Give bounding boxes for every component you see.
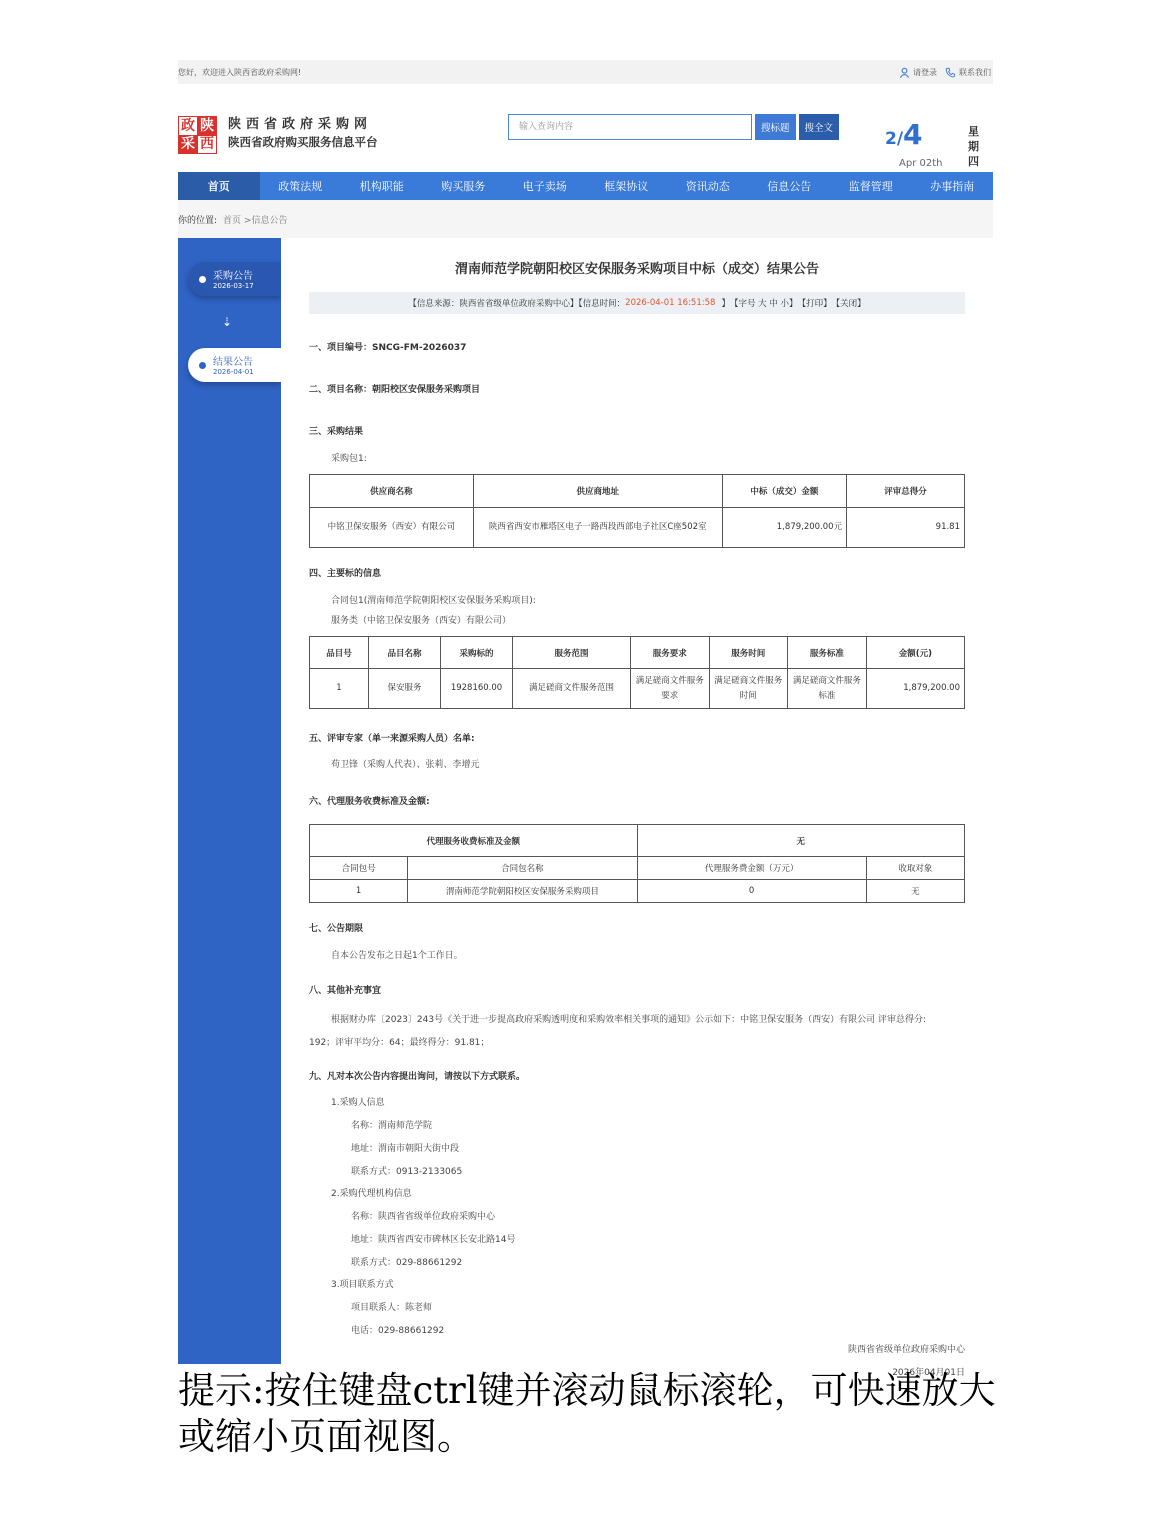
package-label: 采购包1:: [309, 451, 965, 464]
table-header: 品目号: [310, 637, 369, 669]
nav-item[interactable]: 电子卖场: [504, 172, 586, 200]
table-cell: 渭南师范学院朝阳校区安保服务采购项目: [408, 880, 637, 903]
meta-time-suffix: 】: [721, 297, 730, 309]
content-area: 采购公告 2026-03-17 ⇣ 结果公告 2026-04-01 渭南师范学院…: [178, 238, 993, 1364]
logo-char: 政: [179, 117, 197, 135]
section-notice-period: 七、公告期限: [309, 921, 965, 934]
weekday: 星期四: [968, 124, 980, 169]
table-header: 中标（成交）金额: [722, 475, 846, 508]
table-cell: 代理服务费金额（万元）: [637, 857, 866, 880]
site-title: 陕西省政府采购网: [228, 113, 372, 132]
project-contact-person: 项目联系人：陈老师: [309, 1300, 965, 1313]
other-text-line1: 根据财办库〔2023〕243号《关于进一步提高政府采购透明度和采购效率相关事项的…: [309, 1012, 965, 1025]
article-title: 渭南师范学院朝阳校区安保服务采购项目中标（成交）结果公告: [309, 258, 965, 276]
table-cell: 1,879,200.00元: [722, 508, 846, 548]
nav-item[interactable]: 资讯动态: [667, 172, 749, 200]
table-header: 品目名称: [368, 637, 440, 669]
project-contact-title: 3.项目联系方式: [309, 1277, 965, 1290]
meta-time: 2026-04-01 16:51:58: [625, 298, 715, 308]
table-cell: 收取对象: [866, 857, 964, 880]
login-link[interactable]: 请登录: [899, 67, 937, 78]
table-header: 服务时间: [709, 637, 788, 669]
table-cell: 中铭卫保安服务（西安）有限公司: [310, 508, 474, 548]
dot-icon: [199, 276, 206, 283]
font-size-control[interactable]: 【字号 大 中 小】: [730, 297, 798, 309]
table-cell: 满足磋商文件服务标准: [788, 669, 867, 709]
logo-char: 西: [198, 136, 216, 154]
article: 渭南师范学院朝阳校区安保服务采购项目中标（成交）结果公告 【信息来源：陕西省省级…: [281, 238, 993, 1364]
top-bar: 您好，欢迎进入陕西省政府采购网! 请登录 联系我们: [178, 60, 993, 84]
site-subtitle: 陕西省政府购买服务信息平台: [228, 134, 378, 150]
dot-icon: [199, 362, 206, 369]
date-display: 2/4 Apr 02th: [885, 118, 923, 151]
date-month: 2/: [885, 129, 903, 149]
other-text-line2: 192；评审平均分：64；最终得分：91.81；: [309, 1035, 965, 1048]
purchaser-phone: 联系方式：0913-2133065: [309, 1164, 965, 1177]
table-header: 金额(元): [866, 637, 964, 669]
table-header: 供应商地址: [473, 475, 722, 508]
purchaser-address: 地址：渭南市朝阳大街中段: [309, 1141, 965, 1154]
phone-icon: [945, 67, 956, 78]
search-bar: 搜标题 搜全文: [508, 114, 839, 140]
nav-item[interactable]: 政策法规: [260, 172, 342, 200]
search-fulltext-button[interactable]: 搜全文: [799, 114, 840, 140]
article-meta: 【信息来源：陕西省省级单位政府采购中心】【信息时间： 2026-04-01 16…: [309, 292, 965, 314]
table-header: 服务标准: [788, 637, 867, 669]
section-project-name: 二、项目名称：朝阳校区安保服务采购项目: [309, 382, 965, 395]
contract-package: 合同包1(渭南师范学院朝阳校区安保服务采购项目):: [309, 593, 965, 606]
table-cell: 陕西省西安市雁塔区电子一路西段西部电子社区C座502室: [473, 508, 722, 548]
footer-org: 陕西省省级单位政府采购中心: [309, 1342, 965, 1355]
table-header: 无: [637, 825, 965, 857]
welcome-text: 您好，欢迎进入陕西省政府采购网!: [178, 67, 301, 78]
section-main-subject: 四、主要标的信息: [309, 566, 965, 579]
date-day: 4: [903, 118, 922, 151]
result-table: 供应商名称供应商地址中标（成交）金额评审总得分 中铭卫保安服务（西安）有限公司陕…: [309, 474, 965, 548]
logo-char: 陕: [198, 117, 216, 135]
table-header: 服务范围: [513, 637, 631, 669]
zoom-tip: 提示:按住键盘ctrl键并滚动鼠标滚轮，可快速放大或缩小页面视图。: [178, 1368, 998, 1460]
table-header: 评审总得分: [847, 475, 965, 508]
section-agency-fee: 六、代理服务收费标准及金额:: [309, 794, 965, 807]
agency-address: 地址：陕西省西安市碑林区长安北路14号: [309, 1232, 965, 1245]
contact-link[interactable]: 联系我们: [945, 67, 991, 78]
sidebar-item-label: 结果公告: [213, 353, 253, 368]
login-label: 请登录: [913, 67, 937, 78]
double-down-arrow-icon: ⇣: [222, 316, 232, 328]
table-cell: 1: [310, 880, 408, 903]
table-row: 代理服务收费标准及金额无: [310, 825, 965, 857]
section-contact: 九、凡对本次公告内容提出询问，请按以下方式联系。: [309, 1069, 965, 1082]
site-logo[interactable]: 政 陕 采 西: [178, 116, 217, 154]
nav-item[interactable]: 购买服务: [423, 172, 505, 200]
purchaser-info-title: 1.采购人信息: [309, 1095, 965, 1108]
sidebar-item-date: 2026-03-17: [213, 282, 254, 290]
meta-source: 【信息来源：陕西省省级单位政府采购中心】【信息时间：: [408, 297, 625, 309]
table-header: 服务要求: [630, 637, 709, 669]
date-english: Apr 02th: [899, 158, 942, 169]
item-table: 品目号品目名称采购标的服务范围服务要求服务时间服务标准金额(元) 1保安服务19…: [309, 636, 965, 709]
table-cell: 91.81: [847, 508, 965, 548]
search-input[interactable]: [508, 114, 752, 140]
table-cell: 合同包名称: [408, 857, 637, 880]
table-header: 采购标的: [440, 637, 512, 669]
agency-info-title: 2.采购代理机构信息: [309, 1186, 965, 1199]
table-cell: 0: [637, 880, 866, 903]
nav-item[interactable]: 监督管理: [830, 172, 912, 200]
section-experts: 五、评审专家（单一来源采购人员）名单:: [309, 731, 965, 744]
expert-names: 苟卫锋（采购人代表）、张莉、李增元: [309, 757, 965, 770]
service-type: 服务类（中铭卫保安服务（西安）有限公司）: [309, 613, 965, 626]
table-cell: 满足磋商文件服务要求: [630, 669, 709, 709]
notice-period-text: 自本公告发布之日起1个工作日。: [309, 948, 965, 961]
table-cell: 保安服务: [368, 669, 440, 709]
page: 您好，欢迎进入陕西省政府采购网! 请登录 联系我们 政 陕 采 西 陕西省政府采…: [178, 60, 993, 1364]
main-nav: 首页政策法规机构职能购买服务电子卖场框架协议资讯动态信息公告监督管理办事指南: [178, 172, 993, 200]
breadcrumb-label: 你的位置:: [178, 213, 217, 226]
logo-char: 采: [179, 136, 197, 154]
table-cell: 无: [866, 880, 964, 903]
user-icon: [899, 67, 910, 78]
header: 政 陕 采 西 陕西省政府采购网 陕西省政府购买服务信息平台 搜标题 搜全文 2…: [178, 84, 993, 172]
nav-item[interactable]: 信息公告: [749, 172, 831, 200]
search-title-button[interactable]: 搜标题: [755, 114, 796, 140]
nav-item[interactable]: 框架协议: [586, 172, 668, 200]
sidebar-item-label: 采购公告: [213, 267, 253, 282]
contact-label: 联系我们: [959, 67, 991, 78]
table-cell: 满足磋商文件服务范围: [513, 669, 631, 709]
table-row: 1保安服务1928160.00满足磋商文件服务范围满足磋商文件服务要求满足磋商文…: [310, 669, 965, 709]
table-row: 合同包号合同包名称代理服务费金额（万元）收取对象: [310, 857, 965, 880]
project-contact-phone: 电话：029-88661292: [309, 1323, 965, 1336]
close-link[interactable]: 【关闭】: [832, 297, 866, 309]
breadcrumb-path[interactable]: 首页 >信息公告: [223, 213, 287, 226]
table-cell: 合同包号: [310, 857, 408, 880]
nav-item[interactable]: 机构职能: [341, 172, 423, 200]
section-project-number: 一、项目编号：SNCG-FM-2026037: [309, 340, 965, 353]
sidebar-item-result-notice[interactable]: 结果公告 2026-04-01: [188, 348, 281, 382]
table-header: 供应商名称: [310, 475, 474, 508]
agency-phone: 联系方式：029-88661292: [309, 1255, 965, 1268]
nav-item[interactable]: 办事指南: [912, 172, 994, 200]
table-cell: 满足磋商文件服务时间: [709, 669, 788, 709]
breadcrumb: 你的位置: 首页 >信息公告: [178, 200, 993, 238]
table-row: 中铭卫保安服务（西安）有限公司陕西省西安市雁塔区电子一路西段西部电子社区C座50…: [310, 508, 965, 548]
table-cell: 1928160.00: [440, 669, 512, 709]
table-row: 1渭南师范学院朝阳校区安保服务采购项目0无: [310, 880, 965, 903]
table-header: 代理服务收费标准及金额: [310, 825, 638, 857]
agency-name: 名称：陕西省省级单位政府采购中心: [309, 1209, 965, 1222]
sidebar-item-date: 2026-04-01: [213, 368, 254, 376]
purchaser-name: 名称：渭南师范学院: [309, 1118, 965, 1131]
sidebar: 采购公告 2026-03-17 ⇣ 结果公告 2026-04-01: [178, 238, 281, 1364]
fee-table: 代理服务收费标准及金额无合同包号合同包名称代理服务费金额（万元）收取对象1渭南师…: [309, 824, 965, 903]
nav-item[interactable]: 首页: [178, 172, 260, 200]
section-other: 八、其他补充事宜: [309, 983, 965, 996]
section-procurement-result: 三、采购结果: [309, 424, 965, 437]
print-link[interactable]: 【打印】: [798, 297, 832, 309]
table-cell: 1,879,200.00: [866, 669, 964, 709]
table-cell: 1: [310, 669, 369, 709]
sidebar-item-procurement-notice[interactable]: 采购公告 2026-03-17: [188, 262, 281, 296]
